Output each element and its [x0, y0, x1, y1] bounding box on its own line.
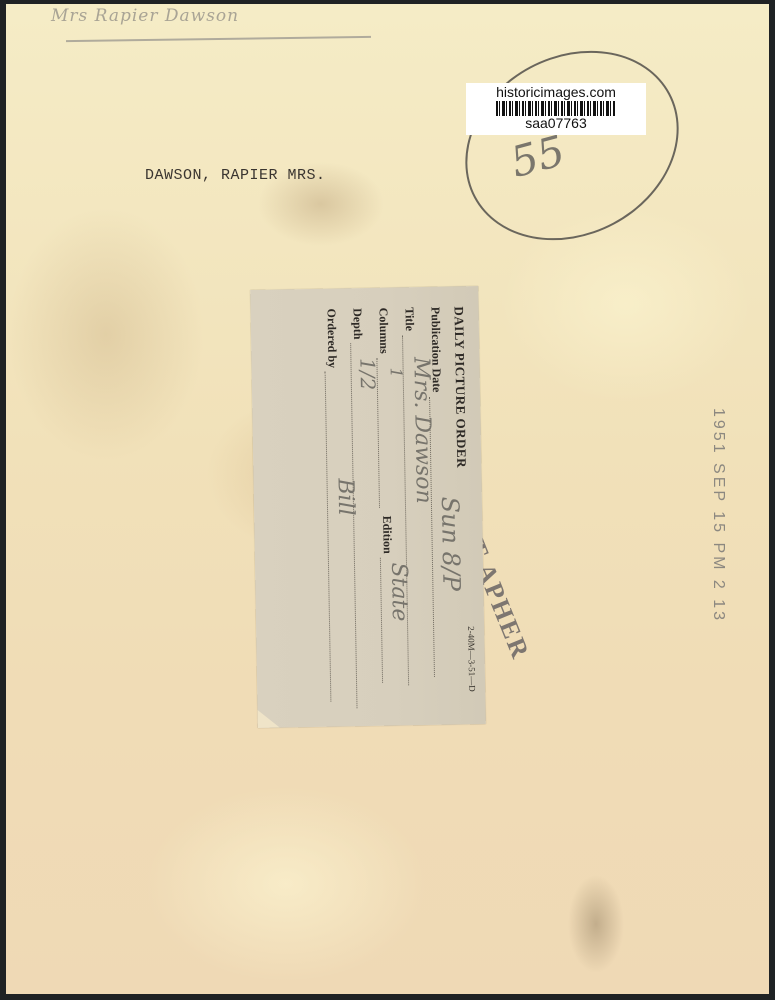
- handwritten-ordered-by: Bill: [332, 478, 358, 516]
- handwritten-columns: 1: [387, 367, 406, 378]
- barcode-site: historicimages.com: [496, 85, 616, 100]
- dotted-line: [325, 372, 342, 702]
- form-code: 2-40M—3-51—D: [466, 626, 477, 692]
- handwritten-depth: 1/2: [355, 358, 380, 391]
- barcode-id: saa07763: [525, 116, 587, 131]
- pencil-note: Mrs Rapier Dawson: [51, 6, 239, 26]
- field-label: Depth: [350, 308, 366, 340]
- pencil-oval: [432, 14, 712, 276]
- handwritten-title: Mrs. Dawson: [408, 357, 436, 504]
- typed-subject-name: DAWSON, RAPIER MRS.: [145, 167, 326, 184]
- card-heading: DAILY PICTURE ORDER: [451, 306, 470, 468]
- daily-picture-order-card: DAILY PICTURE ORDER Publication Date Sun…: [250, 286, 486, 728]
- pencil-underline: [66, 36, 371, 42]
- dotted-line: [350, 343, 367, 708]
- photo-back-paper: Mrs Rapier Dawson DAWSON, RAPIER MRS. 55…: [6, 4, 769, 994]
- field-label: Ordered by: [324, 308, 340, 368]
- field-label: Title: [402, 307, 417, 331]
- barcode-icon: [496, 101, 616, 116]
- field-label: Edition: [379, 516, 395, 554]
- handwritten-edition: State: [386, 562, 412, 621]
- handwritten-publication-date: Sun 8/P: [436, 496, 466, 591]
- field-label: Columns: [376, 308, 392, 354]
- received-date-stamp: 1951 SEP 15 PM 2 13: [709, 408, 727, 608]
- barcode-label: historicimages.com saa07763: [466, 83, 646, 135]
